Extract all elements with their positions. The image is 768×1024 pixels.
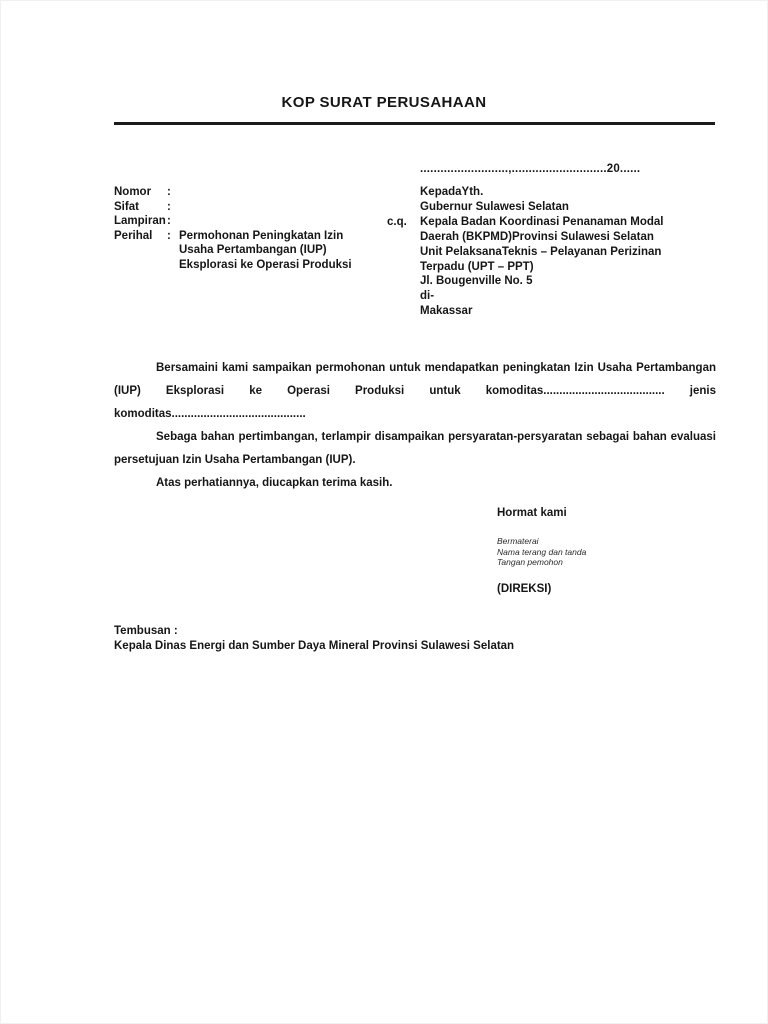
- body-paragraph-1: Bersamaini kami sampaikan permohonan unt…: [114, 357, 716, 426]
- letter-page: KOP SURAT PERUSAHAAN ...................…: [0, 0, 768, 1024]
- cq-label: c.q.: [387, 215, 420, 230]
- meta-colon: :: [167, 200, 179, 215]
- signature-note-line: Tangan pemohon: [497, 557, 717, 568]
- tembusan-block: Tembusan : Kepala Dinas Energi dan Sumbe…: [114, 624, 674, 653]
- recipient-line-di: di-: [387, 289, 735, 304]
- date-placeholder-line: ..........................,.............…: [420, 163, 640, 175]
- perihal-line: Eksplorasi ke Operasi Produksi: [179, 258, 399, 273]
- meta-colon: :: [167, 229, 179, 244]
- recipient-line-unit: Unit PelaksanaTeknis – Pelayanan Perizin…: [387, 245, 735, 260]
- meta-label-nomor: Nomor: [114, 185, 167, 200]
- meta-colon: :: [167, 185, 179, 200]
- signature-salutation: Hormat kami: [497, 507, 717, 519]
- recipient-address: KepadaYth. Gubernur Sulawesi Selatan c.q…: [387, 185, 735, 319]
- body-paragraph-3: Atas perhatiannya, diucapkan terima kasi…: [114, 472, 716, 495]
- recipient-line-gubernur: Gubernur Sulawesi Selatan: [387, 200, 735, 215]
- meta-label-perihal: Perihal: [114, 229, 167, 244]
- recipient-line-terpadu: Terpadu (UPT – PPT): [387, 260, 735, 275]
- meta-row-perihal: Perihal : Permohonan Peningkatan Izin Us…: [114, 229, 399, 273]
- meta-colon: :: [167, 214, 179, 229]
- tembusan-recipient: Kepala Dinas Energi dan Sumber Daya Mine…: [114, 639, 674, 654]
- signature-signer: (DIREKSI): [497, 583, 717, 595]
- recipient-line-kepada: KepadaYth.: [387, 185, 735, 200]
- body-paragraph-2: Sebaga bahan pertimbangan, terlampir dis…: [114, 426, 716, 472]
- recipient-line-city: Makassar: [387, 304, 735, 319]
- perihal-line: Permohonan Peningkatan Izin: [179, 229, 399, 244]
- recipient-line-daerah: Daerah (BKPMD)Provinsi Sulawesi Selatan: [387, 230, 735, 245]
- meta-row-sifat: Sifat :: [114, 200, 399, 215]
- meta-label-sifat: Sifat: [114, 200, 167, 215]
- letter-body: Bersamaini kami sampaikan permohonan unt…: [114, 357, 716, 495]
- recipient-line-street: Jl. Bougenville No. 5: [387, 274, 735, 289]
- recipient-line-badan: Kepala Badan Koordinasi Penanaman Modal: [420, 215, 663, 230]
- signature-note-line: Nama terang dan tanda: [497, 547, 717, 558]
- signature-notes: Bermaterai Nama terang dan tanda Tangan …: [497, 536, 717, 568]
- letter-meta: Nomor : Sifat : Lampiran : Perihal : Per…: [114, 185, 399, 273]
- recipient-line-cq: c.q. Kepala Badan Koordinasi Penanaman M…: [387, 215, 735, 230]
- tembusan-label: Tembusan :: [114, 624, 674, 639]
- letterhead-divider: [114, 122, 715, 125]
- signature-note-line: Bermaterai: [497, 536, 717, 547]
- page-title: KOP SURAT PERUSAHAAN: [1, 94, 767, 111]
- perihal-line: Usaha Pertambangan (IUP): [179, 243, 399, 258]
- signature-block: Hormat kami Bermaterai Nama terang dan t…: [497, 507, 717, 595]
- meta-value-perihal: Permohonan Peningkatan Izin Usaha Pertam…: [179, 229, 399, 273]
- meta-row-lampiran: Lampiran :: [114, 214, 399, 229]
- meta-row-nomor: Nomor :: [114, 185, 399, 200]
- meta-label-lampiran: Lampiran: [114, 214, 167, 229]
